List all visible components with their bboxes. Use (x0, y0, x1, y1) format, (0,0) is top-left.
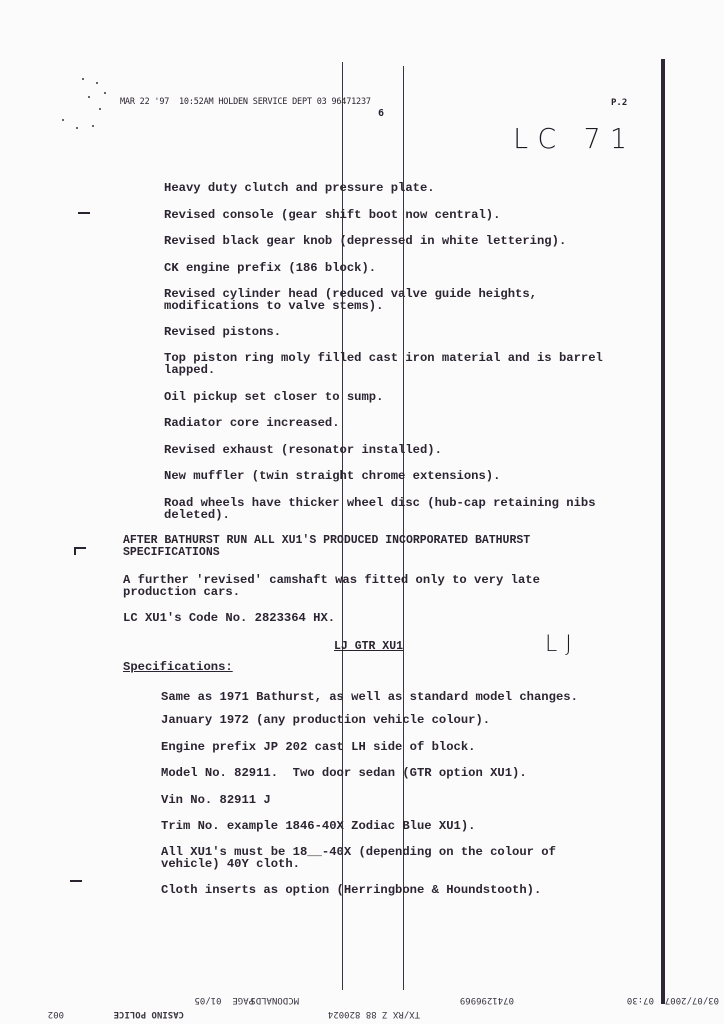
lj-spec-item: Trim No. example 1846-40X Zodiac Blue XU… (161, 820, 476, 832)
footer-casino: CASINO POLICE (114, 1009, 184, 1019)
upside-down-fax-footer: 03/07/2007 07:30 PAGE 01/05 0741296969 M… (0, 988, 724, 1024)
fax-page: MAR 22 '97 10:52AM HOLDEN SERVICE DEPT 0… (0, 0, 724, 1024)
scan-speck (104, 92, 106, 94)
lj-spec-item: Engine prefix JP 202 cast LH side of blo… (161, 741, 476, 753)
lc-spec-item: Road wheels have thicker wheel disc (hub… (164, 497, 596, 521)
fax-page-label: P.2 (611, 98, 627, 108)
page-edge-shadow (661, 59, 665, 1004)
lc-spec-item: Revised console (gear shift boot now cen… (164, 209, 500, 221)
scan-speck (99, 108, 101, 110)
scan-speck (88, 96, 90, 98)
lc-spec-item: Revised cylinder head (reduced valve gui… (164, 288, 537, 312)
lc-spec-item: New muffler (twin straight chrome extens… (164, 470, 500, 482)
lc-spec-item: Revised black gear knob (depressed in wh… (164, 235, 566, 247)
footer-fax-id-left: 002 (48, 1009, 64, 1019)
scan-speck (76, 127, 78, 129)
footer-phone: 0741296969 (460, 995, 514, 1005)
punch-mark (74, 547, 86, 555)
lj-spec-item: Same as 1971 Bathurst, as well as standa… (161, 691, 578, 703)
scan-speck (92, 125, 94, 127)
bathurst-note: AFTER BATHURST RUN ALL XU1'S PRODUCED IN… (123, 535, 530, 559)
footer-date-time: 03/07/2007 07:30 (627, 995, 719, 1005)
footer-fax-id: TX/RX Z 88 820024 (328, 1009, 420, 1019)
lc-spec-item: Revised pistons. (164, 326, 281, 338)
punch-mark (70, 880, 82, 882)
lc-spec-item: Revised exhaust (resonator installed). (164, 444, 442, 456)
scan-speck (62, 119, 64, 121)
footer-page: PAGE 01/05 (194, 995, 254, 1005)
handwritten-note-lc71: LC 71 (513, 122, 636, 155)
lj-spec-item: Model No. 82911. Two door sedan (GTR opt… (161, 767, 527, 779)
lc-spec-item: Top piston ring moly filled cast iron ma… (164, 352, 603, 376)
lj-spec-item: Cloth inserts as option (Herringbone & H… (161, 884, 541, 896)
footer-sender: MCDONALDS (250, 995, 299, 1005)
lc-spec-item: Radiator core increased. (164, 417, 340, 429)
camshaft-note: A further 'revised' camshaft was fitted … (123, 574, 540, 598)
lj-spec-item: All XU1's must be 18__-40X (depending on… (161, 846, 556, 870)
lc-spec-item: CK engine prefix (186 block). (164, 262, 376, 274)
lj-spec-item: Vin No. 82911 J (161, 794, 271, 806)
code-note: LC XU1's Code No. 2823364 HX. (123, 612, 335, 624)
page-number: 6 (378, 108, 384, 119)
punch-mark (78, 212, 90, 214)
scan-speck (82, 78, 84, 80)
lc-spec-item: Oil pickup set closer to sump. (164, 391, 383, 403)
specifications-heading: Specifications: (123, 661, 233, 673)
scan-speck (96, 82, 98, 84)
handwritten-note-lj: LJ (545, 632, 580, 657)
lj-spec-item: January 1972 (any production vehicle col… (161, 714, 490, 726)
lc-spec-item: Heavy duty clutch and pressure plate. (164, 182, 435, 194)
section-title-lj-gtr-xu1: LJ GTR XU1 (334, 640, 403, 653)
fax-transmission-header: MAR 22 '97 10:52AM HOLDEN SERVICE DEPT 0… (120, 97, 371, 107)
